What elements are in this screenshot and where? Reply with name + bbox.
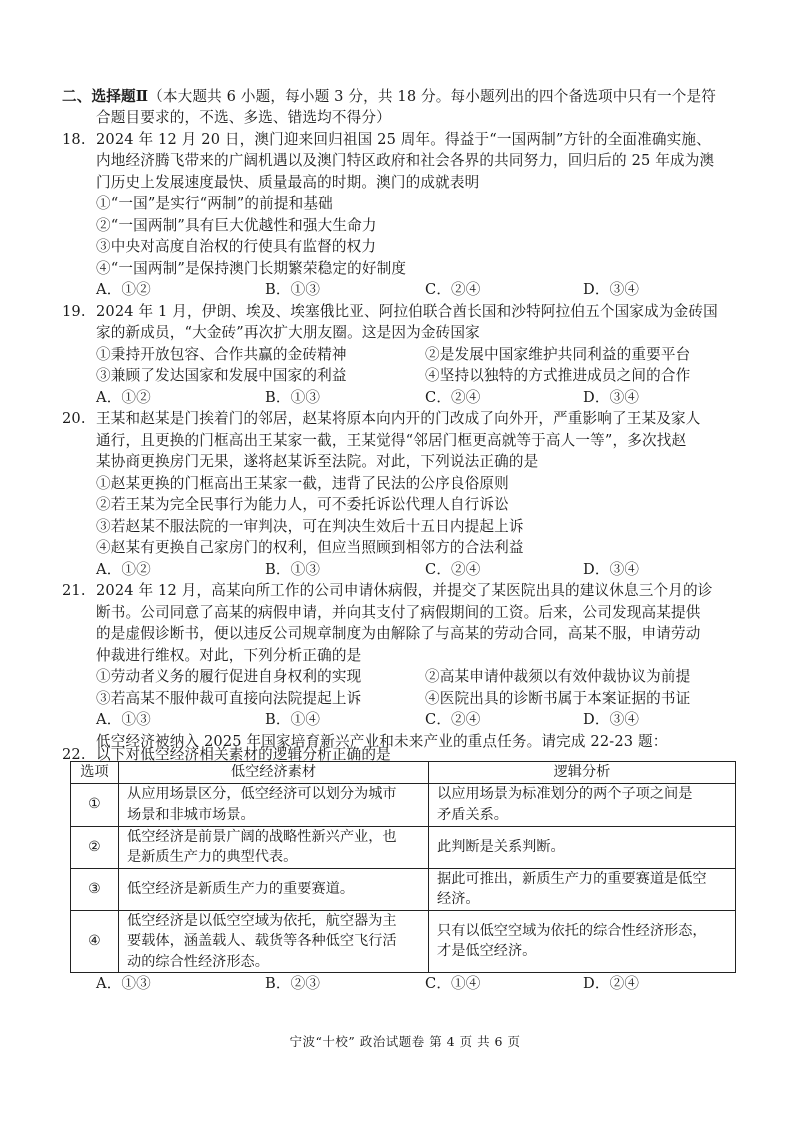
cell-line: 矛盾关系。 [437, 805, 727, 826]
option-d[interactable]: D．③④ [583, 387, 639, 408]
row-analysis: 据此可推出，新质生产力的重要赛道是低空 经济。 [429, 868, 736, 910]
row-number: ① [71, 783, 119, 826]
option-b[interactable]: B．②③ [265, 973, 320, 994]
option-c[interactable]: C．②④ [425, 279, 481, 300]
statement: ④医院出具的诊断书属于本案证据的书证 [425, 688, 690, 709]
cell-line: 此判断是关系判断。 [437, 837, 727, 858]
option-d[interactable]: D．③④ [583, 559, 639, 580]
option-a[interactable]: A．①② [96, 559, 151, 580]
statement: ④赵某有更换自己家房门的权利，但应当照顾到相邻方的合法利益 [96, 537, 524, 558]
option-b[interactable]: B．①④ [265, 709, 320, 730]
question-stem: 仲裁进行维权。对此，下列分析正确的是 [96, 645, 361, 666]
statement: ③兼顾了发达国家和发展中国家的利益 [96, 365, 347, 386]
option-b[interactable]: B．①③ [265, 279, 320, 300]
question-number: 19. [62, 301, 86, 322]
question-stem: 门历史上发展速度最快、质量最高的时期。澳门的成就表明 [96, 172, 479, 193]
table-row: ④ 低空经济是以低空空域为依托，航空器为主 要载体，涵盖载人、载货等各种低空飞行… [71, 910, 736, 973]
row-material: 从应用场景区分，低空经济可以划分为城市 场景和非城市场景。 [119, 783, 429, 826]
statement: ①赵某更换的门框高出王某家一截，违背了民法的公序良俗原则 [96, 473, 509, 494]
question-stem: 2024 年 12 月，高某向所工作的公司申请休病假，并提交了某医院出具的建议休… [96, 580, 713, 601]
table-row: ② 低空经济是前景广阔的战略性新兴产业，也 是新质生产力的典型代表。 此判断是关… [71, 826, 736, 868]
row-material: 低空经济是以低空空域为依托，航空器为主 要载体，涵盖载人、载货等各种低空飞行活 … [119, 910, 429, 973]
section-title-line2: 合题目要求的，不选、多选、错选均不得分） [96, 107, 391, 128]
statement: ③若赵某不服法院的一审判决，可在判决生效后十五日内提起上诉 [96, 516, 524, 537]
option-a[interactable]: A．①③ [96, 973, 151, 994]
statement: ④坚持以独特的方式推进成员之间的合作 [425, 365, 690, 386]
question-stem: 2024 年 1 月，伊朗、埃及、埃塞俄比亚、阿拉伯联合酋长国和沙特阿拉伯五个国… [96, 301, 718, 322]
table-header: 选项 [71, 762, 119, 784]
question-stem: 通行，且更换的门框高出王某家一截，王某觉得“邻居门框更高就等于高人一等”，多次找… [96, 430, 686, 451]
cell-line: 是新质生产力的典型代表。 [127, 847, 420, 868]
row-material: 低空经济是新质生产力的重要赛道。 [119, 868, 429, 910]
option-a[interactable]: A．①② [96, 387, 151, 408]
cell-line: 据此可推出，新质生产力的重要赛道是低空 [437, 869, 727, 890]
option-a[interactable]: A．①③ [96, 709, 151, 730]
question-number: 21. [62, 580, 86, 601]
row-analysis: 只有以低空空域为依托的综合性经济形态， 才是低空经济。 [429, 910, 736, 973]
option-d[interactable]: D．③④ [583, 709, 639, 730]
statement: ①劳动者义务的履行促进自身权利的实现 [96, 666, 361, 687]
cell-line: 低空经济是以低空空域为依托，航空器为主 [127, 911, 420, 932]
option-c[interactable]: C．②④ [425, 387, 481, 408]
row-number: ② [71, 826, 119, 868]
statement: ②“一国两制”具有巨大优越性和强大生命力 [96, 215, 377, 236]
cell-line: 低空经济是新质生产力的重要赛道。 [127, 879, 420, 900]
option-c[interactable]: C．②④ [425, 709, 481, 730]
cell-line: 场景和非城市场景。 [127, 805, 420, 826]
row-number: ④ [71, 910, 119, 973]
question-stem: 某协商更换房门无果，遂将赵某诉至法院。对此，下列说法正确的是 [96, 451, 538, 472]
option-b[interactable]: B．①③ [265, 559, 320, 580]
question-number: 18. [62, 129, 86, 150]
exam-page: 二、选择题Ⅱ（本大题共 6 小题，每小题 3 分，共 18 分。每小题列出的四个… [0, 0, 800, 1132]
question-stem: 王某和赵某是门挨着门的邻居，赵某将原本向内开的门改成了向外开，严重影响了王某及家… [96, 408, 701, 429]
statement: ③若高某不服仲裁可直接向法院提起上诉 [96, 688, 361, 709]
table-row: ① 从应用场景区分，低空经济可以划分为城市 场景和非城市场景。 以应用场景为标准… [71, 783, 736, 826]
option-d[interactable]: D．③④ [583, 279, 639, 300]
question-stem: 的是虚假诊断书，便以违反公司规章制度为由解除了与高某的劳动合同，高某不服，申请劳… [96, 623, 701, 644]
question-number: 20. [62, 408, 86, 429]
page-footer: 宁波“十校” 政治试题卷 第 4 页 共 6 页 [0, 1033, 800, 1051]
question-stem: 2024 年 12 月 20 日，澳门迎来回归祖国 25 周年。得益于“一国两制… [96, 129, 711, 150]
section-title-rest: （本大题共 6 小题，每小题 3 分，共 18 分。每小题列出的四个备选项中只有… [148, 88, 716, 105]
statement: ②高某申请仲裁须以有效仲裁协议为前提 [425, 666, 690, 687]
cell-line: 从应用场景区分，低空经济可以划分为城市 [127, 784, 420, 805]
question-stem: 内地经济腾飞带来的广阔机遇以及澳门特区政府和社会各界的共同努力，回归后的 25 … [96, 150, 714, 171]
cell-line: 动的综合性经济形态。 [127, 952, 420, 973]
option-c[interactable]: C．②④ [425, 559, 481, 580]
table-header: 逻辑分析 [429, 762, 736, 784]
option-c[interactable]: C．①④ [425, 973, 481, 994]
row-analysis: 此判断是关系判断。 [429, 826, 736, 868]
table-header: 低空经济素材 [119, 762, 429, 784]
cell-line: 以应用场景为标准划分的两个子项之间是 [437, 784, 727, 805]
question-stem: 断书。公司同意了高某的病假申请，并向其支付了病假期间的工资。后来，公司发现高某提… [96, 602, 701, 623]
cell-line: 低空经济是前景广阔的战略性新兴产业，也 [127, 827, 420, 848]
row-analysis: 以应用场景为标准划分的两个子项之间是 矛盾关系。 [429, 783, 736, 826]
row-number: ③ [71, 868, 119, 910]
row-material: 低空经济是前景广阔的战略性新兴产业，也 是新质生产力的典型代表。 [119, 826, 429, 868]
cell-line: 要载体，涵盖载人、载货等各种低空飞行活 [127, 931, 420, 952]
cell-line: 才是低空经济。 [437, 941, 727, 962]
table-row: ③ 低空经济是新质生产力的重要赛道。 据此可推出，新质生产力的重要赛道是低空 经… [71, 868, 736, 910]
option-a[interactable]: A．①② [96, 279, 151, 300]
question-stem: 家的新成员，“大金砖”再次扩大朋友圈。这是因为金砖国家 [96, 322, 480, 343]
statement: ②若王某为完全民事行为能力人，可不委托诉讼代理人自行诉讼 [96, 494, 509, 515]
cell-line: 只有以低空空域为依托的综合性经济形态， [437, 921, 727, 942]
statement: ③中央对高度自治权的行使具有监督的权力 [96, 236, 376, 257]
logic-analysis-table: 选项 低空经济素材 逻辑分析 ① 从应用场景区分，低空经济可以划分为城市 场景和… [70, 761, 736, 973]
statement: ①“一国”是实行“两制”的前提和基础 [96, 193, 333, 214]
option-d[interactable]: D．②④ [583, 973, 639, 994]
option-b[interactable]: B．①③ [265, 387, 320, 408]
statement: ②是发展中国家维护共同利益的重要平台 [425, 344, 690, 365]
section-title-bold: 二、选择题Ⅱ [62, 88, 148, 105]
statement: ④“一国两制”是保持澳门长期繁荣稳定的好制度 [96, 258, 406, 279]
statement: ①秉持开放包容、合作共赢的金砖精神 [96, 344, 347, 365]
table-header-row: 选项 低空经济素材 逻辑分析 [71, 762, 736, 784]
cell-line: 经济。 [437, 889, 727, 910]
section-title: 二、选择题Ⅱ（本大题共 6 小题，每小题 3 分，共 18 分。每小题列出的四个… [62, 86, 716, 107]
